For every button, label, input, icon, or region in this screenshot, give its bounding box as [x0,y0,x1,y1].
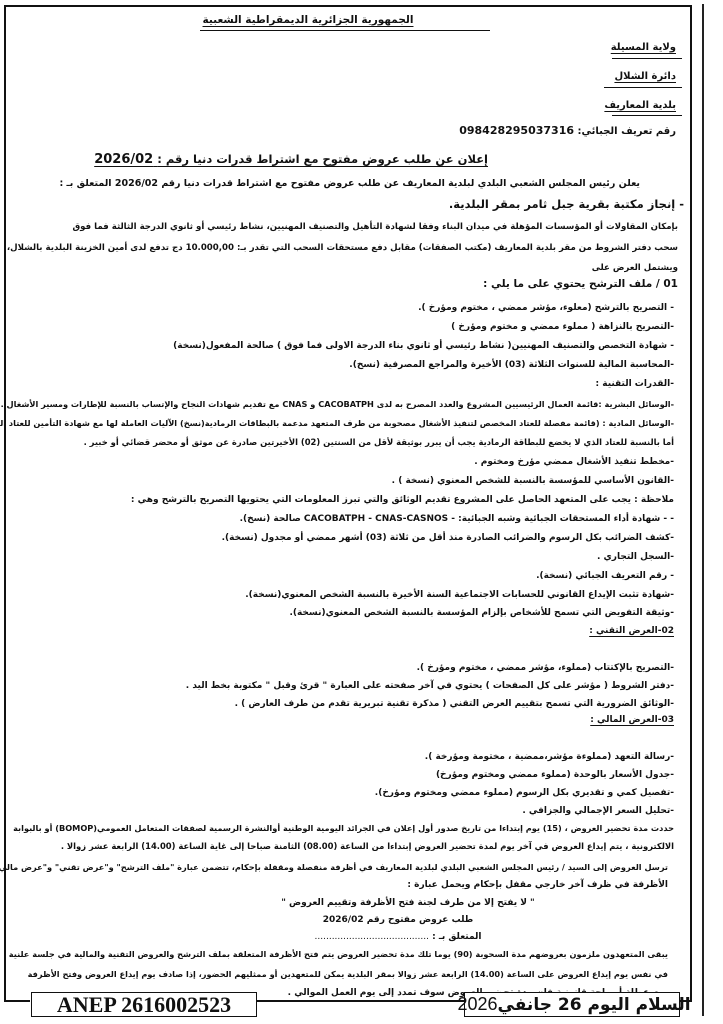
section1-heading: 01 / ملف الترشح يحتوي على ما يلي : [483,278,678,290]
wilaya-label: ولاية المسيلة [611,42,676,54]
conditions-line: حددت مدة تحضير العروض ، (15) يوم إبتداءا… [13,822,674,834]
section1-item: - رقم التعريف الجبائي (نسخة). [536,570,674,582]
section1-item: -شهادة تثبت الإيداع القانوني للحسابات ال… [245,589,674,601]
commune-label: بلدية المعاريف [604,100,676,112]
eligibility-line: سحب دفتر الشروط من مقر بلدية المعاريف (م… [7,242,678,254]
border-segment [256,1000,464,1002]
section1-item: -كشف الضرائب بكل الرسوم والضرائب الصادرة… [222,532,674,544]
newspaper-year: 2026 [457,994,497,1015]
section3-heading: 03-العرض المالي : [590,714,674,726]
title-number: 2026/02 [94,152,153,167]
section2-item: -دفتر الشروط ( مؤشر على كل الصفحات ) يحت… [186,680,674,692]
section1-item: -وثيقة التفويض التي تسمح للأشخاص بإلزام … [289,607,674,619]
announcement-title: إعلان عن طلب عروض مفتوح مع اشتراط قدرات … [94,153,488,166]
newspaper-date: السلام اليوم 26 جانفي 2026 [464,992,680,1017]
daira-underline [604,87,682,88]
subject-label: المتعلق بـ : [432,932,481,942]
section2-heading: 02-العرض التقني : [589,625,674,637]
closing-line: يبقى المتعهدون ملزمون بعروضهم مدة السحوب… [9,948,668,960]
section1-item: -الوسائل المادية : (قائمة مفصلة للعتاد ا… [0,417,674,429]
conditions-line: الالكترونية ، يتم إيداع العروض في آخر يو… [61,840,674,852]
section1-item: -القدرات التقنية : [596,378,674,390]
wilaya-underline [612,58,682,59]
section3-item: -تفصيل كمي و تقديري بكل الرسوم (مملوء مم… [375,787,674,799]
tax-id-label: رقم تعريف الجبائي: [578,126,677,137]
section1-item: -السجل التجاري . [597,551,674,563]
section1-item: -الوسائل البشرية :قائمة العمال الرئيسيين… [1,398,674,410]
republic-underline [200,30,490,31]
tax-id-row: رقم تعريف الجبائي: 098428295037316 [459,125,676,138]
section1-item: - شهادة التخصص والتصنيف المهنيين( نشاط ر… [173,340,674,352]
project-name: - إنجاز مكتبة بقرية جبل ثامر بمقر البلدي… [449,198,684,210]
section3-item: -جدول الأسعار بالوحدة (مملوء ممضي ومختوم… [436,769,674,781]
section1-item: أما بالنسبة للعتاد الذي لا يخضع للبطاقة … [84,436,674,448]
anep-reference: ANEP 2616002523 [31,992,257,1017]
eligibility-line: بإمكان المقاولات أو المؤسسات المؤهلة في … [72,221,678,233]
section1-item: -القانون الأساسي للمؤسسة بالنسبة للشخص ا… [392,475,674,487]
section1-item: -التصريح بالنزاهة ( مملوء ممضي و مختوم و… [451,321,674,333]
closing-line: في نفس يوم إيداع العروض على الساعة (14.0… [28,968,668,980]
newspaper-name: السلام اليوم 26 جانفي [498,995,691,1015]
daira-label: دائرة الشلال [614,71,676,83]
eligibility-line: ويشتمل العرض على [592,262,678,274]
envelope-line: " لا يفتح إلا من طرف لجنة فتح الأظرفة وت… [128,897,688,909]
intro-text: يعلن رئيس المجلس الشعبي البلدي لبلدية ال… [59,178,640,190]
section1-item: -المحاسبة المالية للسنوات الثلاثة (03) ا… [349,359,674,371]
title-text: إعلان عن طلب عروض مفتوح مع اشتراط قدرات … [157,152,488,166]
section1-item: - التصريح بالترشح (معلوء، مؤشر ممضي ، مخ… [418,302,674,314]
section2-item: -الوثائق الضرورية التي تسمح بتقييم العرض… [235,698,674,710]
section3-item: -تحليل السعر الإجمالي والجزافي . [522,805,674,817]
subject-blank: ........................................ [315,932,429,942]
page-edge-line [702,4,704,1016]
section1-item: - - شهادة أداء المستحقات الجبائية وشبه ا… [240,513,674,525]
republic-heading: الجمهورية الجزائرية الديمقراطية الشعبية [128,14,488,26]
commune-underline [612,115,682,116]
section1-item: -مخطط تنفيذ الأشغال ممضي مؤرخ ومختوم . [474,456,674,468]
section3-item: -رسالة التعهد (مملوءة مؤشر،ممضية ، مختوم… [425,751,674,763]
conditions-line: ترسل العروض إلى السيد / رئيس المجلس الشع… [0,861,668,873]
conditions-line: الأظرفة في ظرف آخر خارجي مقفل بإحكام ويح… [407,879,668,891]
border-segment [4,1000,30,1002]
tax-id-value: 098428295037316 [459,124,574,137]
envelope-line: طلب عروض مفتوح رقم 2026/02 [108,914,688,926]
section2-item: -التصريح بالإكتتاب (مملوء، مؤشر ممضي ، م… [417,662,674,674]
envelope-subject: المتعلق بـ : ...........................… [108,931,688,943]
section1-note: ملاحظة : يجب على المتعهد الحاصل على المش… [131,494,674,506]
